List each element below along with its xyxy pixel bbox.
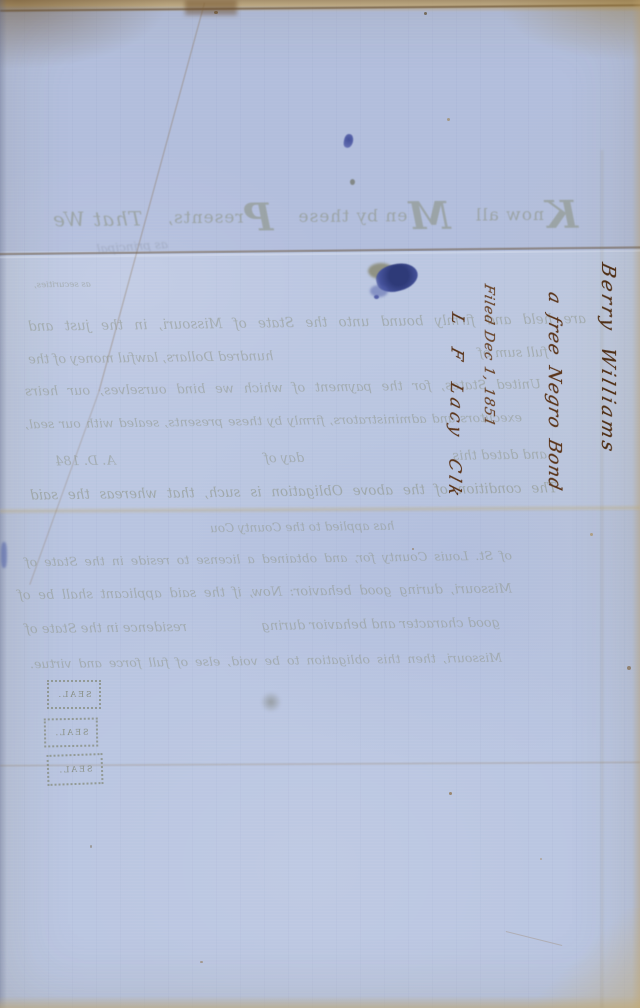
stain-top-right-corner: [500, 0, 640, 60]
speck: [590, 533, 593, 536]
ink-blot: [368, 261, 424, 303]
speck: [200, 961, 203, 963]
printed-line-license: of St. Louis County for, and obtained a …: [25, 547, 512, 573]
printed-line-behavior: Missouri, during good behavior: Now, if …: [18, 580, 512, 606]
stain-top-left-corner: [0, 0, 170, 70]
speck: [90, 845, 92, 848]
printed-character-start: good character and behavior during: [261, 614, 500, 637]
document-scan: Know all Men by these Presents, That We …: [0, 0, 640, 1008]
seal-stamp-1: SEAL.: [47, 680, 101, 709]
speck: [540, 858, 542, 860]
ink-blot-satellite: [374, 295, 379, 299]
gray-speck: [350, 179, 355, 185]
speck: [412, 548, 414, 550]
seal-stamp-2: SEAL.: [44, 718, 98, 748]
speck: [449, 792, 452, 795]
blue-streak-left-edge: [1, 542, 7, 568]
paper-bottom-right-corner: [500, 908, 640, 1008]
crease-vertical: [601, 150, 603, 1008]
printed-line-virtue: Missouri, then this obligation to be voi…: [30, 649, 502, 674]
printed-line-character: good character and behavior during resid…: [25, 614, 500, 640]
seal-stamp-3: SEAL.: [46, 753, 103, 786]
printed-line-applied: has applied to the County Cou: [210, 517, 395, 538]
stain-top-center: [185, 0, 237, 15]
paper-left-edge: [0, 0, 7, 1008]
gray-smudge: [261, 691, 281, 713]
speck: [627, 666, 631, 670]
ink-blot-tail: [370, 285, 388, 297]
printed-character-end: residence in the State of: [25, 618, 187, 640]
paper-tint-middle: [0, 252, 640, 510]
